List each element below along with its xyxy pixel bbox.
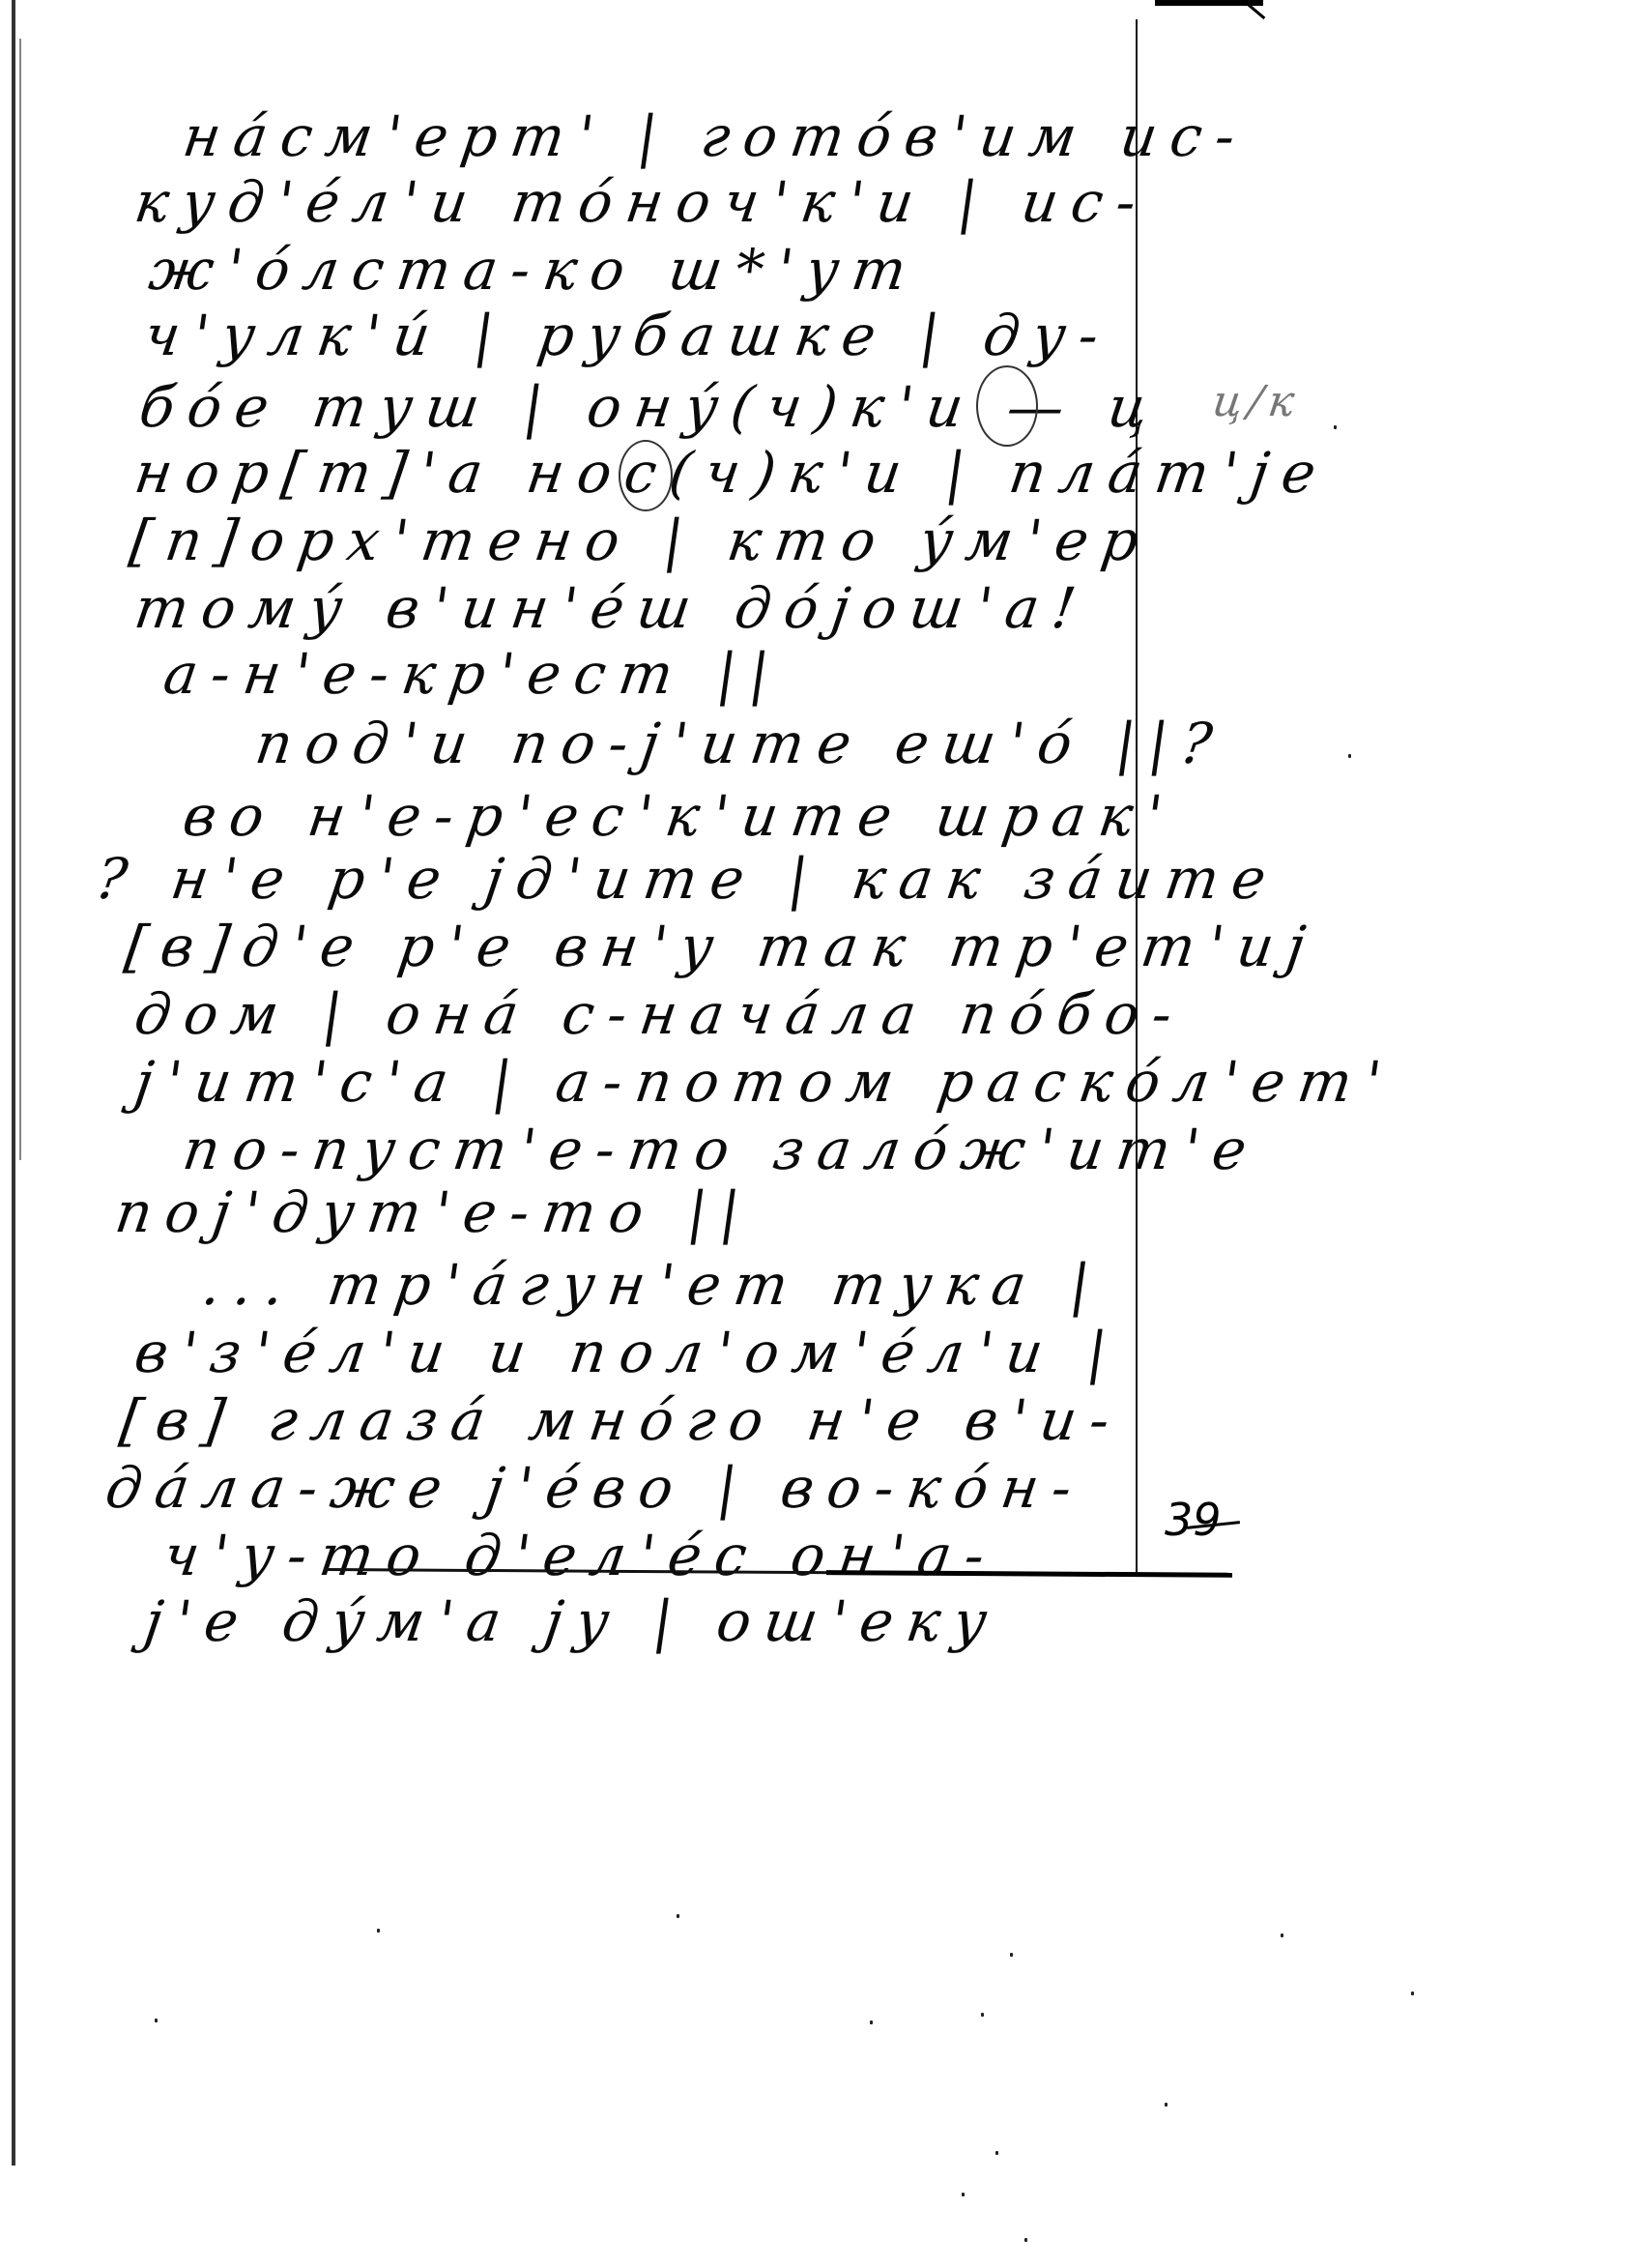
scan-speck <box>1348 754 1351 758</box>
scan-speck <box>1281 1934 1283 1937</box>
scan-left-border-inner <box>19 39 21 1160</box>
margin-note: ц/к <box>1209 377 1303 426</box>
scan-speck <box>1010 1953 1013 1957</box>
handwritten-line: под'и по-ј'ите еш'о́ ||? <box>252 715 1229 771</box>
manuscript-page: на́см'ерт' | гото́в'им ис-куд'е́л'и то́н… <box>0 0 1643 2268</box>
handwritten-line: пој'дут'е-то || <box>112 1184 757 1240</box>
scan-speck <box>981 2013 984 2017</box>
scan-speck <box>377 1929 380 1933</box>
scan-speck <box>1334 425 1337 429</box>
scan-speck <box>677 1914 679 1918</box>
handwritten-line: ј'ит'с'а | а-потом раско́л'ет' <box>131 1054 1398 1110</box>
circled-correction-1 <box>976 365 1038 447</box>
circled-correction-2 <box>619 440 673 511</box>
handwritten-line: ж'о́лста-ко ш*'ут <box>146 242 923 298</box>
scan-left-border <box>12 0 15 2166</box>
handwritten-line: куд'е́л'и то́ноч'к'и | ис- <box>131 174 1153 230</box>
scan-speck <box>870 2021 873 2024</box>
handwritten-line: в'з'е́л'и и пол'ом'е́л'и | <box>131 1324 1124 1381</box>
handwritten-line: на́см'ерт' | гото́в'им ис- <box>180 108 1252 164</box>
handwritten-line: нор[т]'а нос(ч)к'и | пла́т'је <box>131 445 1333 501</box>
scan-speck <box>155 2019 158 2022</box>
handwritten-line: ... тр'а́гун'ет тука | <box>199 1257 1107 1313</box>
handwritten-line: дом | она́ с-нача́ла по́бо- <box>131 986 1189 1042</box>
handwritten-line: по-пуст'е-то зало́ж'ит'е <box>180 1121 1263 1178</box>
handwritten-line: ч'улк'и́ | рубашке | ду- <box>141 307 1115 363</box>
handwritten-line: [в] глаза́ мно́го н'е в'и- <box>117 1392 1127 1448</box>
handwritten-line: да́ла-же ј'е́во | во-ко́н- <box>102 1460 1088 1516</box>
handwritten-line: ј'е ду́м'а ју | ош'еку <box>141 1593 1004 1649</box>
handwritten-line: [в]д'е р'е вн'у так тр'ет'иј <box>122 918 1322 974</box>
handwritten-line: тому́ в'ин'е́ш до́још'а! <box>131 580 1093 636</box>
page-number: 39 <box>1165 1494 1222 1546</box>
handwritten-line: ? н'е р'е јд'ите | как за́ите <box>93 851 1283 907</box>
handwritten-line: во н'е-р'ес'к'ите шрак' <box>180 788 1179 844</box>
page-number-digits: 39 <box>1165 1494 1222 1546</box>
scan-speck <box>962 2193 965 2196</box>
scan-speck <box>1024 2238 1027 2242</box>
page-number-struck-digit: 9 <box>1193 1494 1221 1546</box>
handwritten-line: [п]орх'тено | кто у́м'ер <box>127 512 1155 568</box>
scan-speck <box>1411 1992 1414 1995</box>
scan-speck <box>995 2151 998 2155</box>
scan-speck <box>1165 2103 1167 2107</box>
handwritten-line: а-н'е-кр'ест || <box>160 646 786 702</box>
